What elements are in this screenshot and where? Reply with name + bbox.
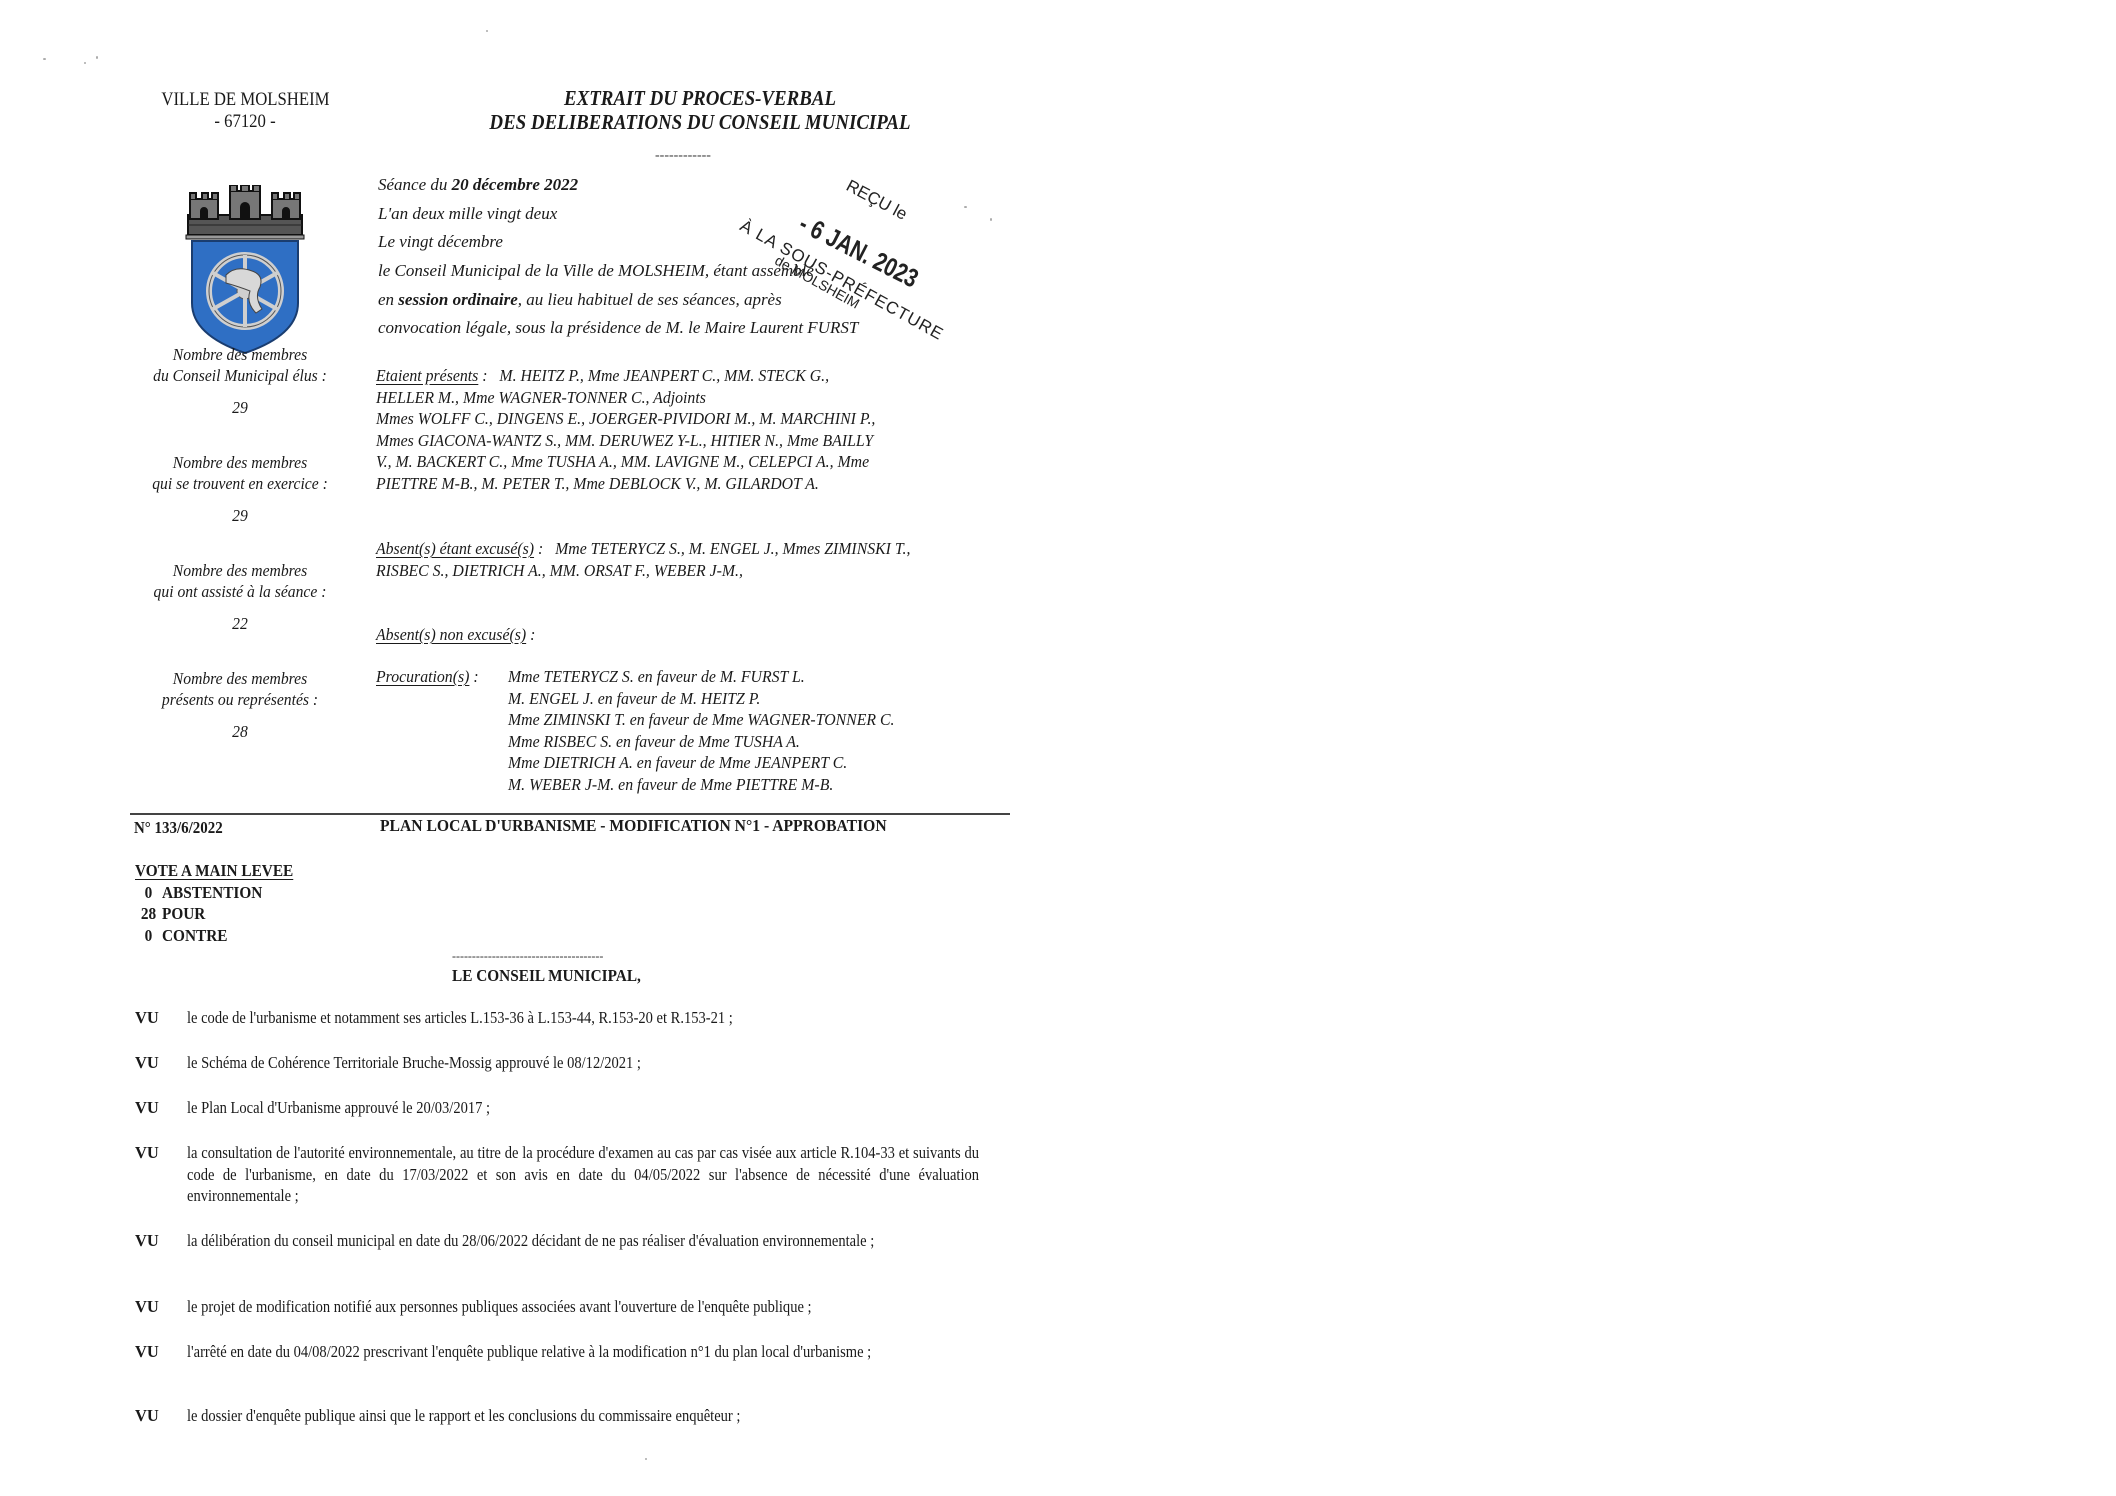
seance-session-line: en session ordinaire, au lieu habituel d… xyxy=(378,286,858,315)
vote-row-for: 28POUR xyxy=(135,903,293,925)
section-divider xyxy=(130,813,1010,815)
proxy-item: M. ENGEL J. en faveur de M. HEITZ P. xyxy=(508,688,894,710)
council-separator: -------------------------------------- xyxy=(452,948,603,964)
seance-date: 20 décembre 2022 xyxy=(452,175,579,194)
stat-value: 22 xyxy=(120,613,359,634)
coat-of-arms-icon xyxy=(180,185,310,355)
scan-speck xyxy=(645,1458,647,1460)
stat-attended: Nombre des membres qui ont assisté à la … xyxy=(120,560,359,634)
session-type: session ordinaire xyxy=(398,290,518,309)
stat-value: 29 xyxy=(120,397,359,418)
vote-row-against: 0CONTRE xyxy=(135,925,293,947)
document-title: EXTRAIT DU PROCES-VERBAL DES DELIBERATIO… xyxy=(466,86,934,134)
vote-row-abstention: 0ABSTENTION xyxy=(135,882,293,904)
unexcused-label: Absent(s) non excusé(s) xyxy=(376,625,526,644)
proxy-item: Mme ZIMINSKI T. en faveur de Mme WAGNER-… xyxy=(508,709,894,731)
city-header: VILLE DE MOLSHEIM - 67120 - xyxy=(161,89,328,133)
vote-block: VOTE A MAIN LEVEE 0ABSTENTION 28POUR 0CO… xyxy=(135,860,293,947)
proxies: Procuration(s) : xyxy=(376,666,479,688)
stat-present-or-represented: Nombre des membres présents ou représent… xyxy=(120,668,359,742)
scan-speck xyxy=(964,206,967,208)
city-name: VILLE DE MOLSHEIM xyxy=(161,89,328,111)
seance-president-line: convocation légale, sous la présidence d… xyxy=(378,314,858,343)
excused-absentees: Absent(s) étant excusé(s) : Mme TETERYCZ… xyxy=(376,538,910,581)
scan-speck xyxy=(486,30,488,32)
present-label: Etaient présents xyxy=(376,366,478,385)
stat-elected: Nombre des membres du Conseil Municipal … xyxy=(120,344,359,418)
proxy-item: M. WEBER J-M. en faveur de Mme PIETTRE M… xyxy=(508,774,894,796)
proxy-item: Mme DIETRICH A. en faveur de Mme JEANPER… xyxy=(508,752,894,774)
title-line-1: EXTRAIT DU PROCES-VERBAL xyxy=(466,86,934,110)
scan-speck xyxy=(990,218,992,221)
decision-title: PLAN LOCAL D'URBANISME - MODIFICATION N°… xyxy=(380,816,887,836)
title-separator: ------------ xyxy=(655,148,711,164)
proxy-list: Mme TETERYCZ S. en faveur de M. FURST L.… xyxy=(508,666,894,795)
scan-speck xyxy=(96,56,98,59)
proxy-label: Procuration(s) xyxy=(376,667,469,686)
scan-speck xyxy=(43,58,46,60)
proxy-item: Mme TETERYCZ S. en faveur de M. FURST L. xyxy=(508,666,894,688)
decision-number: N° 133/6/2022 xyxy=(134,818,223,838)
stat-in-office: Nombre des membres qui se trouvent en ex… xyxy=(120,452,359,526)
unexcused-absentees: Absent(s) non excusé(s) : xyxy=(376,624,535,646)
scan-speck xyxy=(84,62,86,64)
seance-date-line: Séance du 20 décembre 2022 xyxy=(378,171,858,200)
excused-label: Absent(s) étant excusé(s) xyxy=(376,539,534,558)
vote-heading: VOTE A MAIN LEVEE xyxy=(135,860,293,882)
title-line-2: DES DELIBERATIONS DU CONSEIL MUNICIPAL xyxy=(466,110,934,134)
council-heading: LE CONSEIL MUNICIPAL, xyxy=(452,966,641,986)
seance-year-line: L'an deux mille vingt deux xyxy=(378,200,858,229)
stat-value: 29 xyxy=(120,505,359,526)
postal-code: - 67120 - xyxy=(161,111,328,133)
proxy-item: Mme RISBEC S. en faveur de Mme TUSHA A. xyxy=(508,731,894,753)
present-members: Etaient présents : M. HEITZ P., Mme JEAN… xyxy=(376,365,875,494)
stat-value: 28 xyxy=(120,721,359,742)
